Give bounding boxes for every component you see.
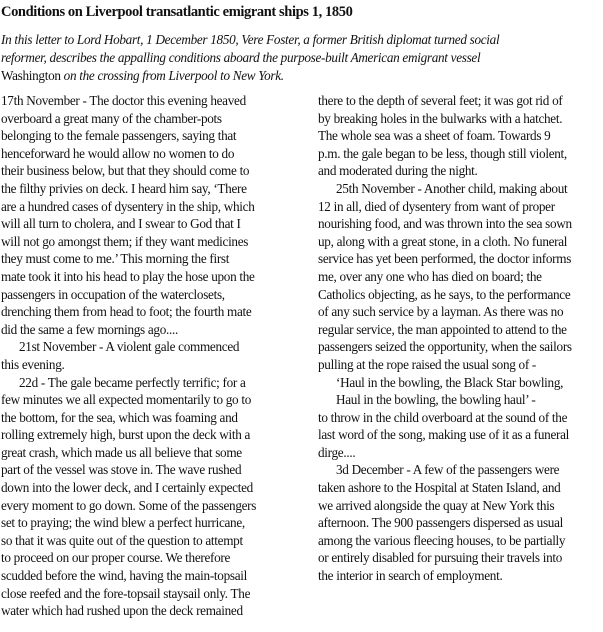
right-column: there to the depth of several feet; it w… (318, 92, 603, 585)
text-line: will all turn to cholera, and I swear to… (1, 215, 301, 233)
text-line: p.m. the gale began to be less, though s… (318, 145, 603, 163)
text-line: every moment to go down. Some of the pas… (1, 497, 301, 515)
text-line: and moderated during the night. (318, 162, 603, 180)
text-line: great crash, which made us all believe t… (1, 444, 301, 462)
text-line: there to the depth of several feet; it w… (318, 92, 603, 110)
text-line: water which had rushed upon the deck rem… (1, 602, 301, 620)
text-line: so that it was quite out of the question… (1, 532, 301, 550)
document-title: Conditions on Liverpool transatlantic em… (1, 4, 352, 21)
text-line: Haul in the bowling, the bowling haul’ - (318, 391, 603, 409)
text-line: of any such service by a layman. As ther… (318, 303, 603, 321)
text-line: mate took it into his head to play the h… (1, 268, 301, 286)
text-line: passengers in occupation of the waterclo… (1, 286, 301, 304)
intro-text-2: reformer, describes the appalling condit… (1, 50, 480, 65)
text-line: or entirely disabled for pursuing their … (318, 549, 603, 567)
text-line: will not go amongst them; if they want m… (1, 233, 301, 251)
text-line: set to praying; the wind blew a perfect … (1, 514, 301, 532)
text-line: me, over any one who has died on board; … (318, 268, 603, 286)
text-line: nourishing food, and was thrown into the… (318, 215, 603, 233)
text-line: part of the vessel was stove in. The wav… (1, 461, 301, 479)
text-line: pulling at the rope raised the usual son… (318, 356, 603, 374)
text-line: afternoon. The 900 passengers dispersed … (318, 514, 603, 532)
text-line: they must come to me.’ This morning the … (1, 250, 301, 268)
text-line: dirge.... (318, 444, 603, 462)
text-line: taken ashore to the Hospital at Staten I… (318, 479, 603, 497)
text-line: ‘Haul in the bowling, the Black Star bow… (318, 374, 603, 392)
text-line: did the same a few mornings ago.... (1, 321, 301, 339)
text-line: the interior in search of employment. (318, 567, 603, 585)
text-line: drenching them from head to foot; the fo… (1, 303, 301, 321)
ship-name: Washington (1, 68, 61, 83)
text-line: to proceed on our proper course. We ther… (1, 549, 301, 567)
intro-text-3: on the crossing from Liverpool to New Yo… (61, 68, 284, 83)
text-line: rolling extremely high, burst upon the d… (1, 426, 301, 444)
text-line: last word of the song, making use of it … (318, 426, 603, 444)
text-line: we arrived alongside the quay at New Yor… (318, 497, 603, 515)
text-line: 22d - The gale became perfectly terrific… (1, 374, 301, 392)
text-line: to throw in the child overboard at the s… (318, 409, 603, 427)
text-line: are a hundred cases of dysentery in the … (1, 198, 301, 216)
text-line: 25th November - Another child, making ab… (318, 180, 603, 198)
text-line: henceforward he would allow no women to … (1, 145, 301, 163)
text-line: regular service, the man appointed to at… (318, 321, 603, 339)
text-line: by breaking holes in the bulwarks with a… (318, 110, 603, 128)
text-line: the filthy privies on deck. I heard him … (1, 180, 301, 198)
text-line: down into the lower deck, and I certainl… (1, 479, 301, 497)
text-line: their business below, but that they shou… (1, 162, 301, 180)
intro-paragraph: In this letter to Lord Hobart, 1 Decembe… (1, 31, 601, 85)
text-line: among the various fleecing houses, to be… (318, 532, 603, 550)
text-line: this evening. (1, 356, 301, 374)
left-column: 17th November - The doctor this evening … (1, 92, 301, 620)
text-line: overboard a great many of the chamber-po… (1, 110, 301, 128)
text-line: close reefed and the fore-topsail staysa… (1, 585, 301, 603)
text-line: passengers seized the opportunity, when … (318, 338, 603, 356)
text-line: belonging to the female passengers, sayi… (1, 127, 301, 145)
intro-text-1: In this letter to Lord Hobart, 1 Decembe… (1, 32, 499, 47)
text-line: service has yet been performed, the doct… (318, 250, 603, 268)
text-line: the bottom, for the sea, which was foami… (1, 409, 301, 427)
text-line: 21st November - A violent gale commenced (1, 338, 301, 356)
text-line: 3d December - A few of the passengers we… (318, 461, 603, 479)
text-line: 17th November - The doctor this evening … (1, 92, 301, 110)
text-line: 12 in all, died of dysentery from want o… (318, 198, 603, 216)
text-line: Catholics objecting, as he says, to the … (318, 286, 603, 304)
text-line: few minutes we all expected momentarily … (1, 391, 301, 409)
text-line: scudded before the wind, having the main… (1, 567, 301, 585)
text-line: The whole sea was a sheet of foam. Towar… (318, 127, 603, 145)
text-line: up, along with a great stone, in a cloth… (318, 233, 603, 251)
